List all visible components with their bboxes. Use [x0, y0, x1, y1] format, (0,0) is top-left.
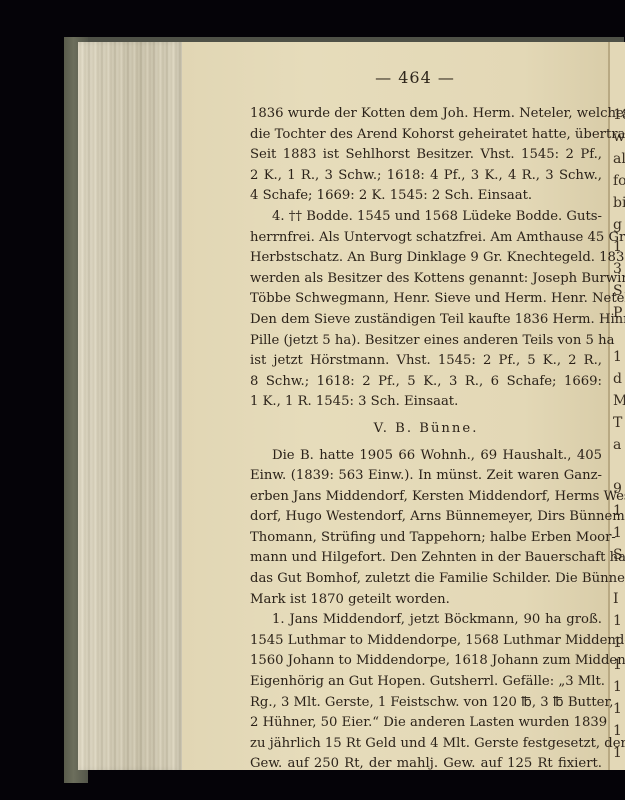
text-line: Rg., 3 Mlt. Gerste, 1 Feistschw. von 120… [250, 693, 602, 714]
text-line: herrnfrei. Als Untervogt schatzfrei. Am … [250, 228, 602, 249]
facing-page-fragment: d [610, 368, 625, 390]
facing-page-fragment: I [610, 588, 625, 610]
facing-page-fragment: 1 [610, 346, 625, 368]
text-line: 2 K., 1 R., 3 Schw.; 1618: 4 Pf., 3 K., … [250, 166, 602, 187]
facing-page-fragment: al [610, 148, 625, 170]
text-line: Seit 1883 ist Sehlhorst Besitzer. Vhst. … [250, 145, 602, 166]
facing-page-fragment: M [610, 390, 625, 412]
text-line: das Gut Bomhof, zuletzt die Familie Schi… [250, 569, 602, 590]
paragraph-kotten-neteler: 1836 wurde der Kotten dem Joh. Herm. Net… [250, 104, 602, 207]
text-line: erben Jans Middendorf, Kersten Middendor… [250, 487, 602, 508]
paragraph-buenne-intro: Die B. hatte 1905 66 Wohnh., 69 Haushalt… [250, 446, 602, 611]
text-line: 8 Schw.; 1618: 2 Pf., 5 K., 3 R., 6 Scha… [250, 372, 602, 393]
stacked-page-edges [78, 42, 182, 770]
text-line: die Tochter des Arend Kohorst geheiratet… [250, 125, 602, 146]
text-line: zu jährlich 15 Rt Geld und 4 Mlt. Gerste… [250, 734, 602, 755]
facing-page-fragment: 1 [610, 610, 625, 632]
text-line: 4. †† Bodde. 1545 und 1568 Lüdeke Bodde.… [250, 207, 602, 228]
text-line: Mark ist 1870 geteilt worden. [250, 590, 602, 611]
text-line: 1. Jans Middendorf, jetzt Böckmann, 90 h… [250, 610, 602, 631]
text-line: 1560 Johann to Middendorpe, 1618 Johann … [250, 651, 602, 672]
facing-page-fragment: fo [610, 170, 625, 192]
text-line: Thomann, Strüfing und Tappehorn; halbe E… [250, 528, 602, 549]
text-line: 1836 wurde der Kotten dem Joh. Herm. Net… [250, 104, 602, 125]
text-line: Herbstschatz. An Burg Dinklage 9 Gr. Kne… [250, 248, 602, 269]
text-line: Den dem Sieve zuständigen Teil kaufte 18… [250, 310, 602, 331]
text-line: Eigenhörig an Gut Hopen. Gutsherrl. Gefä… [250, 672, 602, 693]
facing-page-fragment: T [610, 412, 625, 434]
text-line: mann und Hilgefort. Den Zehnten in der B… [250, 548, 602, 569]
paragraph-bodde: 4. †† Bodde. 1545 und 1568 Lüdeke Bodde.… [250, 207, 602, 413]
page-body-text: 1836 wurde der Kotten dem Joh. Herm. Net… [250, 104, 602, 775]
text-line: 4 Schafe; 1669: 2 K. 1545: 2 Sch. Einsaa… [250, 186, 602, 207]
paragraph-jans-middendorf: 1. Jans Middendorf, jetzt Böckmann, 90 h… [250, 610, 602, 775]
text-line: werden als Besitzer des Kottens genannt:… [250, 269, 602, 290]
page-number-header: — 464 — [182, 68, 608, 87]
facing-page-fragment [610, 456, 625, 478]
section-heading: V. B. Bünne. [250, 419, 602, 440]
facing-page-fragment: bi [610, 192, 625, 214]
text-line: Gew. auf 250 Rt, der mahlj. Gew. auf 125… [250, 754, 602, 775]
text-line: 1 K., 1 R. 1545: 3 Sch. Einsaat. [250, 392, 602, 413]
text-line: Die B. hatte 1905 66 Wohnh., 69 Haushalt… [250, 446, 602, 467]
text-line: Einw. (1839: 563 Einw.). In münst. Zeit … [250, 466, 602, 487]
text-line: Pille (jetzt 5 ha). Besitzer eines ander… [250, 331, 602, 352]
text-line: 1545 Luthmar to Middendorpe, 1568 Luthma… [250, 631, 602, 652]
text-line: dorf, Hugo Westendorf, Arns Bünnemeyer, … [250, 507, 602, 528]
text-line: ist jetzt Hörstmann. Vhst. 1545: 2 Pf., … [250, 351, 602, 372]
text-line: 2 Hühner, 50 Eier.“ Die anderen Lasten w… [250, 713, 602, 734]
facing-page-fragment: a [610, 434, 625, 456]
text-line: Többe Schwegmann, Henr. Sieve und Herm. … [250, 289, 602, 310]
